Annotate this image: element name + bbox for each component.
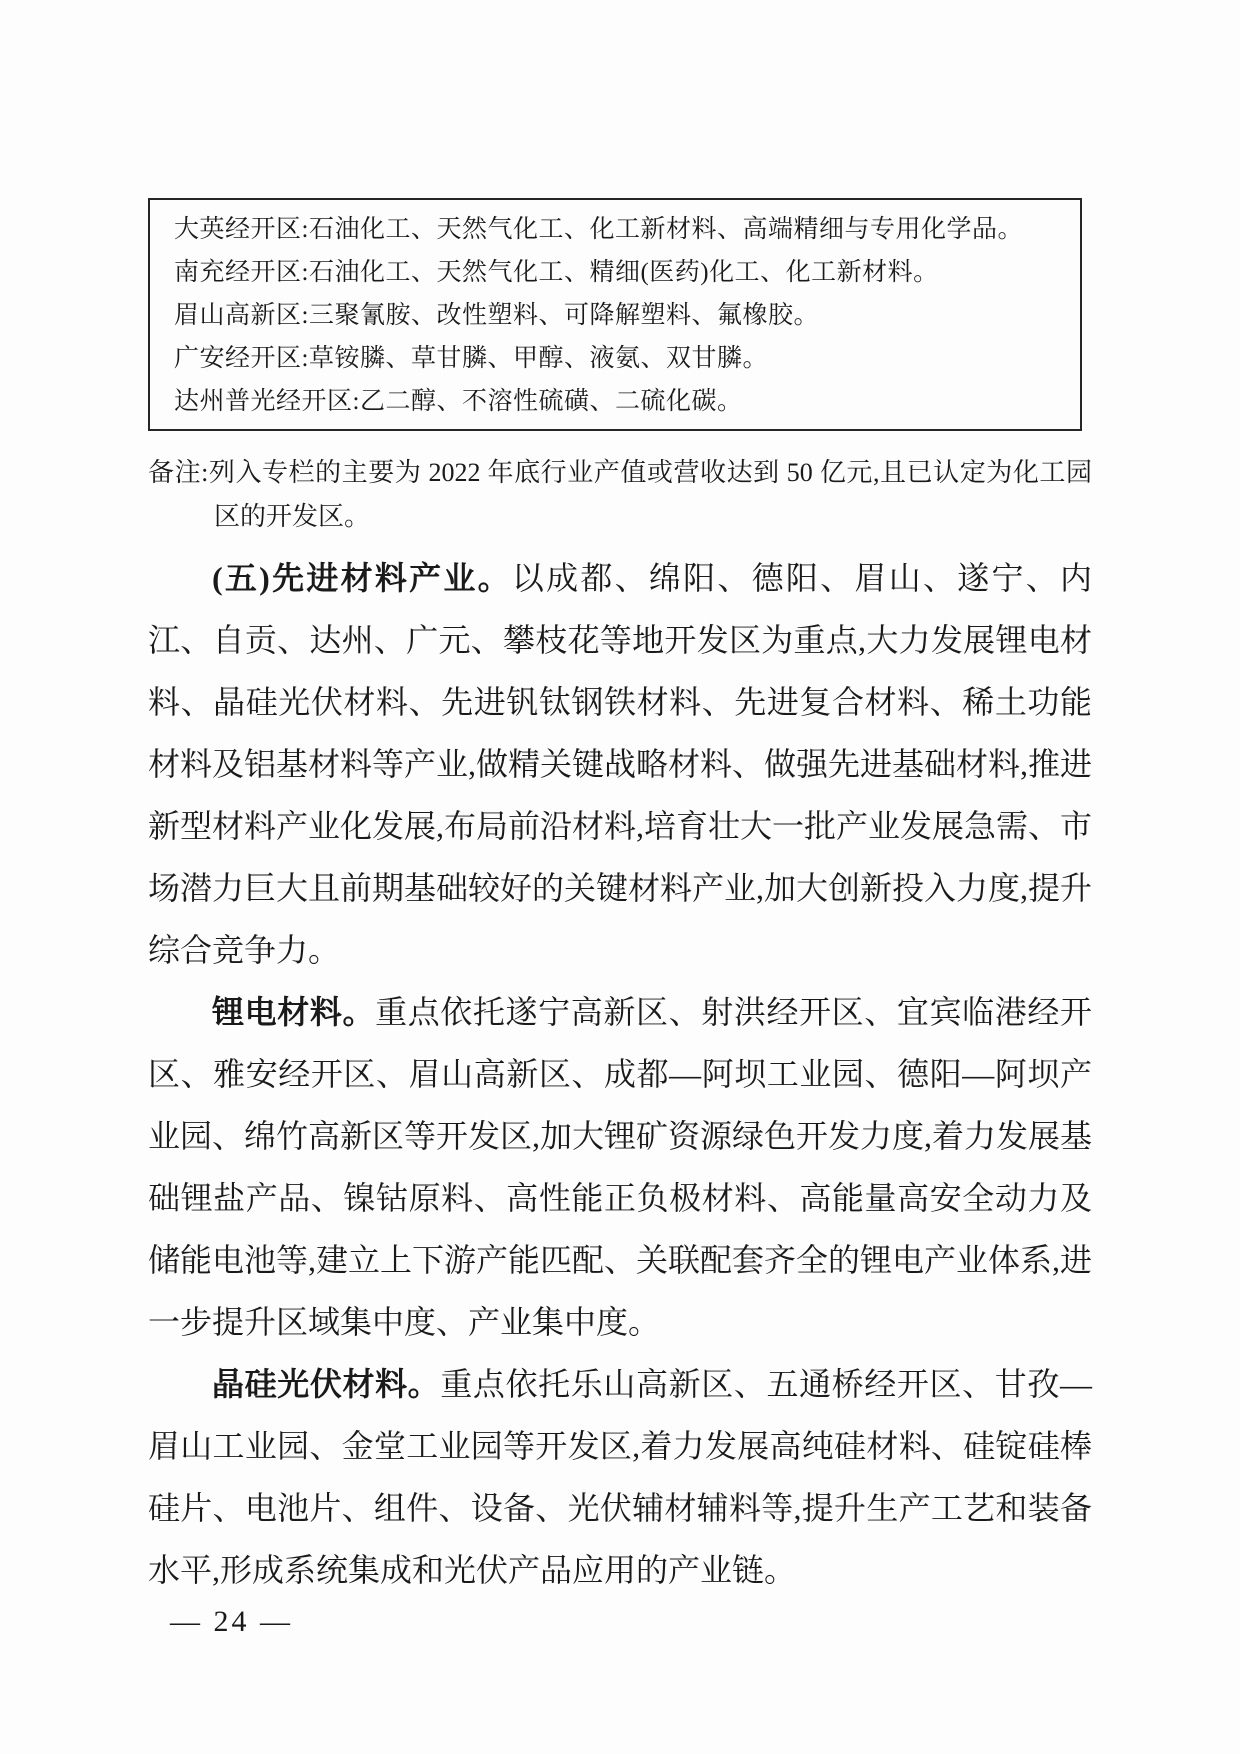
body-paragraphs: (五)先进材料产业。以成都、绵阳、德阳、眉山、遂宁、内江、自贡、达州、广元、攀枝… [148, 547, 1092, 1601]
paragraph-lead: (五)先进材料产业。 [212, 560, 512, 596]
footnote: 备注:列入专栏的主要为 2022 年底行业产值或营收达到 50 亿元,且已认定为… [148, 451, 1092, 539]
paragraph-lead: 晶硅光伏材料。 [212, 1366, 440, 1402]
document-page: 大英经开区:石油化工、天然气化工、化工新材料、高端精细与专用化学品。 南充经开区… [0, 0, 1240, 1754]
zone-line: 达州普光经开区:乙二醇、不溶性硫磺、二硫化碳。 [174, 380, 1068, 423]
paragraph: 晶硅光伏材料。重点依托乐山高新区、五通桥经开区、甘孜—眉山工业园、金堂工业园等开… [148, 1353, 1092, 1601]
zone-line: 南充经开区:石油化工、天然气化工、精细(医药)化工、化工新材料。 [174, 251, 1068, 294]
page-content: 大英经开区:石油化工、天然气化工、化工新材料、高端精细与专用化学品。 南充经开区… [148, 198, 1092, 1639]
page-number: — 24 — [170, 1605, 1092, 1639]
paragraph: (五)先进材料产业。以成都、绵阳、德阳、眉山、遂宁、内江、自贡、达州、广元、攀枝… [148, 547, 1092, 981]
paragraph: 锂电材料。重点依托遂宁高新区、射洪经开区、宜宾临港经开区、雅安经开区、眉山高新区… [148, 981, 1092, 1353]
footnote-label: 备注: [148, 458, 208, 487]
zone-line: 眉山高新区:三聚氰胺、改性塑料、可降解塑料、氟橡胶。 [174, 294, 1068, 337]
footnote-text: 列入专栏的主要为 2022 年底行业产值或营收达到 50 亿元,且已认定为化工园… [208, 458, 1092, 531]
paragraph-text: 以成都、绵阳、德阳、眉山、遂宁、内江、自贡、达州、广元、攀枝花等地开发区为重点,… [148, 560, 1092, 968]
industry-zones-box: 大英经开区:石油化工、天然气化工、化工新材料、高端精细与专用化学品。 南充经开区… [148, 198, 1082, 431]
paragraph-text: 重点依托遂宁高新区、射洪经开区、宜宾临港经开区、雅安经开区、眉山高新区、成都—阿… [148, 994, 1092, 1340]
zone-line: 广安经开区:草铵膦、草甘膦、甲醇、液氨、双甘膦。 [174, 337, 1068, 380]
zone-line: 大英经开区:石油化工、天然气化工、化工新材料、高端精细与专用化学品。 [174, 208, 1068, 251]
paragraph-lead: 锂电材料。 [212, 994, 375, 1030]
